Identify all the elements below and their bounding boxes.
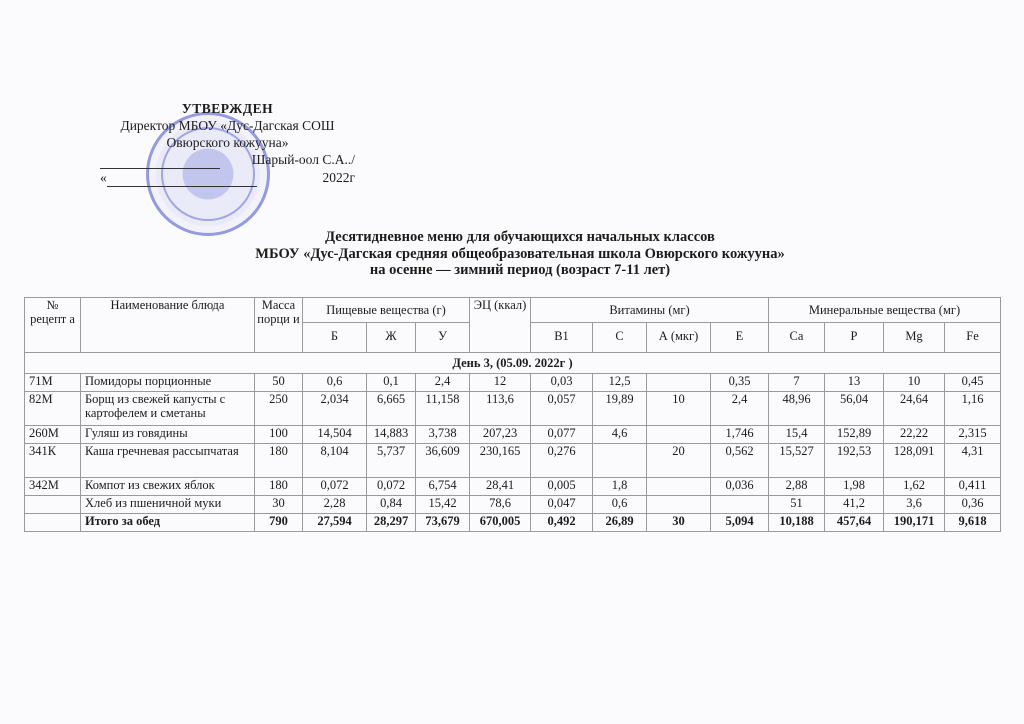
cell-protein: 8,104 — [303, 444, 367, 478]
cell-calcium: 48,96 — [769, 392, 825, 426]
cell-vitamin-c: 12,5 — [593, 374, 647, 392]
header-vitamins-group: Витамины (мг) — [531, 298, 769, 323]
header-nutrients-group: Пищевые вещества (г) — [303, 298, 470, 323]
heading-line-3: на осенне — зимний период (возраст 7-11 … — [150, 262, 890, 279]
approval-title: УТВЕРЖДЕН — [100, 100, 355, 117]
table-row: 82МБорщ из свежей капусты с картофелем и… — [25, 392, 1001, 426]
cell-protein: 14,504 — [303, 426, 367, 444]
approval-date-line: « 2022г — [100, 169, 355, 187]
header-vitamin-a: А (мкг) — [647, 323, 711, 353]
table-row: 342МКомпот из свежих яблок1800,0720,0726… — [25, 478, 1001, 496]
cell-recipe-no: 260М — [25, 426, 81, 444]
cell-phosphorus: 41,2 — [825, 496, 884, 514]
cell-protein: 2,28 — [303, 496, 367, 514]
cell-calcium: 10,188 — [769, 514, 825, 532]
cell-vitamin-a: 30 — [647, 514, 711, 532]
cell-fat: 28,297 — [367, 514, 416, 532]
cell-fat: 0,072 — [367, 478, 416, 496]
cell-carbs: 15,42 — [416, 496, 470, 514]
cell-portion-mass: 790 — [255, 514, 303, 532]
heading-line-2: МБОУ «Дус-Дагская средняя общеобразовате… — [150, 246, 890, 263]
cell-portion-mass: 50 — [255, 374, 303, 392]
cell-carbs: 3,738 — [416, 426, 470, 444]
header-energy: ЭЦ (ккал) — [470, 298, 531, 353]
heading-line-1: Десятидневное меню для обучающихся начал… — [150, 229, 890, 246]
header-vitamin-b1: B1 — [531, 323, 593, 353]
header-recipe-no: № рецепт а — [25, 298, 81, 353]
cell-recipe-no: 71М — [25, 374, 81, 392]
approval-signature-line: Шарый-оол С.А../ — [100, 151, 355, 169]
cell-phosphorus: 457,64 — [825, 514, 884, 532]
cell-iron: 1,16 — [945, 392, 1001, 426]
cell-energy: 12 — [470, 374, 531, 392]
header-magnesium: Mg — [884, 323, 945, 353]
table-row: 71МПомидоры порционные500,60,12,4120,031… — [25, 374, 1001, 392]
cell-dish-name: Гуляш из говядины — [81, 426, 255, 444]
cell-vitamin-b1: 0,276 — [531, 444, 593, 478]
cell-vitamin-b1: 0,005 — [531, 478, 593, 496]
cell-energy: 670,005 — [470, 514, 531, 532]
header-vitamin-c: С — [593, 323, 647, 353]
cell-vitamin-e: 0,562 — [711, 444, 769, 478]
cell-vitamin-e: 0,036 — [711, 478, 769, 496]
cell-magnesium: 10 — [884, 374, 945, 392]
cell-fat: 0,1 — [367, 374, 416, 392]
cell-vitamin-a — [647, 478, 711, 496]
cell-protein: 0,072 — [303, 478, 367, 496]
cell-magnesium: 24,64 — [884, 392, 945, 426]
cell-energy: 230,165 — [470, 444, 531, 478]
cell-portion-mass: 30 — [255, 496, 303, 514]
cell-vitamin-a: 20 — [647, 444, 711, 478]
cell-phosphorus: 152,89 — [825, 426, 884, 444]
cell-vitamin-b1: 0,047 — [531, 496, 593, 514]
cell-carbs: 2,4 — [416, 374, 470, 392]
cell-vitamin-e: 2,4 — [711, 392, 769, 426]
cell-protein: 27,594 — [303, 514, 367, 532]
cell-portion-mass: 180 — [255, 444, 303, 478]
cell-calcium: 51 — [769, 496, 825, 514]
cell-dish-name: Компот из свежих яблок — [81, 478, 255, 496]
cell-dish-name: Итого за обед — [81, 514, 255, 532]
cell-recipe-no — [25, 514, 81, 532]
cell-vitamin-a — [647, 374, 711, 392]
cell-vitamin-a: 10 — [647, 392, 711, 426]
cell-portion-mass: 100 — [255, 426, 303, 444]
menu-table: № рецепт а Наименование блюда Масса порц… — [24, 297, 1001, 532]
cell-energy: 78,6 — [470, 496, 531, 514]
approval-signature-name: Шарый-оол С.А../ — [252, 151, 355, 169]
table-row: 260МГуляш из говядины10014,50414,8833,73… — [25, 426, 1001, 444]
cell-vitamin-e: 1,746 — [711, 426, 769, 444]
cell-iron: 0,45 — [945, 374, 1001, 392]
cell-iron: 9,618 — [945, 514, 1001, 532]
cell-recipe-no: 341К — [25, 444, 81, 478]
cell-protein: 0,6 — [303, 374, 367, 392]
cell-calcium: 15,527 — [769, 444, 825, 478]
cell-iron: 0,36 — [945, 496, 1001, 514]
cell-dish-name: Каша гречневая рассыпчатая — [81, 444, 255, 478]
header-phosphorus: Р — [825, 323, 884, 353]
cell-vitamin-e: 0,35 — [711, 374, 769, 392]
cell-vitamin-c: 26,89 — [593, 514, 647, 532]
approval-district-line: Овюрского кожууна» — [100, 134, 355, 151]
cell-fat: 5,737 — [367, 444, 416, 478]
cell-vitamin-b1: 0,077 — [531, 426, 593, 444]
cell-fat: 14,883 — [367, 426, 416, 444]
cell-dish-name: Помидоры порционные — [81, 374, 255, 392]
cell-dish-name: Борщ из свежей капусты с картофелем и см… — [81, 392, 255, 426]
cell-fat: 6,665 — [367, 392, 416, 426]
cell-dish-name: Хлеб из пшеничной муки — [81, 496, 255, 514]
cell-vitamin-e: 5,094 — [711, 514, 769, 532]
cell-magnesium: 128,091 — [884, 444, 945, 478]
header-dish-name: Наименование блюда — [81, 298, 255, 353]
cell-carbs: 36,609 — [416, 444, 470, 478]
header-fat: Ж — [367, 323, 416, 353]
cell-iron: 2,315 — [945, 426, 1001, 444]
cell-portion-mass: 250 — [255, 392, 303, 426]
day-label: День 3, (05.09. 2022г ) — [25, 353, 1001, 374]
cell-magnesium: 22,22 — [884, 426, 945, 444]
cell-vitamin-b1: 0,057 — [531, 392, 593, 426]
header-portion-mass: Масса порци и — [255, 298, 303, 353]
cell-iron: 4,31 — [945, 444, 1001, 478]
header-minerals-group: Минеральные вещества (мг) — [769, 298, 1001, 323]
cell-vitamin-b1: 0,03 — [531, 374, 593, 392]
header-iron: Fe — [945, 323, 1001, 353]
header-vitamin-e: Е — [711, 323, 769, 353]
cell-energy: 207,23 — [470, 426, 531, 444]
cell-vitamin-a — [647, 426, 711, 444]
header-calcium: Ca — [769, 323, 825, 353]
cell-recipe-no — [25, 496, 81, 514]
approval-date-year: 2022г — [322, 169, 355, 187]
table-row: 341ККаша гречневая рассыпчатая1808,1045,… — [25, 444, 1001, 478]
header-carbs: У — [416, 323, 470, 353]
cell-energy: 28,41 — [470, 478, 531, 496]
table-row: Хлеб из пшеничной муки302,280,8415,4278,… — [25, 496, 1001, 514]
cell-calcium: 7 — [769, 374, 825, 392]
cell-calcium: 2,88 — [769, 478, 825, 496]
cell-phosphorus: 1,98 — [825, 478, 884, 496]
cell-vitamin-b1: 0,492 — [531, 514, 593, 532]
cell-vitamin-c: 0,6 — [593, 496, 647, 514]
cell-iron: 0,411 — [945, 478, 1001, 496]
total-row: Итого за обед79027,59428,29773,679670,00… — [25, 514, 1001, 532]
cell-carbs: 6,754 — [416, 478, 470, 496]
cell-phosphorus: 56,04 — [825, 392, 884, 426]
document-heading: Десятидневное меню для обучающихся начал… — [150, 229, 890, 279]
cell-protein: 2,034 — [303, 392, 367, 426]
cell-fat: 0,84 — [367, 496, 416, 514]
approval-date-quote: « — [100, 170, 107, 185]
cell-portion-mass: 180 — [255, 478, 303, 496]
cell-energy: 113,6 — [470, 392, 531, 426]
cell-vitamin-e — [711, 496, 769, 514]
cell-magnesium: 3,6 — [884, 496, 945, 514]
cell-calcium: 15,4 — [769, 426, 825, 444]
cell-vitamin-c — [593, 444, 647, 478]
approval-block: УТВЕРЖДЕН Директор МБОУ «Дус-Дагская СОШ… — [100, 100, 355, 187]
approval-director-line: Директор МБОУ «Дус-Дагская СОШ — [100, 117, 355, 134]
cell-recipe-no: 82М — [25, 392, 81, 426]
cell-magnesium: 190,171 — [884, 514, 945, 532]
cell-phosphorus: 192,53 — [825, 444, 884, 478]
cell-vitamin-c: 19,89 — [593, 392, 647, 426]
cell-vitamin-a — [647, 496, 711, 514]
cell-phosphorus: 13 — [825, 374, 884, 392]
cell-vitamin-c: 4,6 — [593, 426, 647, 444]
cell-vitamin-c: 1,8 — [593, 478, 647, 496]
cell-magnesium: 1,62 — [884, 478, 945, 496]
header-protein: Б — [303, 323, 367, 353]
cell-recipe-no: 342М — [25, 478, 81, 496]
cell-carbs: 11,158 — [416, 392, 470, 426]
cell-carbs: 73,679 — [416, 514, 470, 532]
